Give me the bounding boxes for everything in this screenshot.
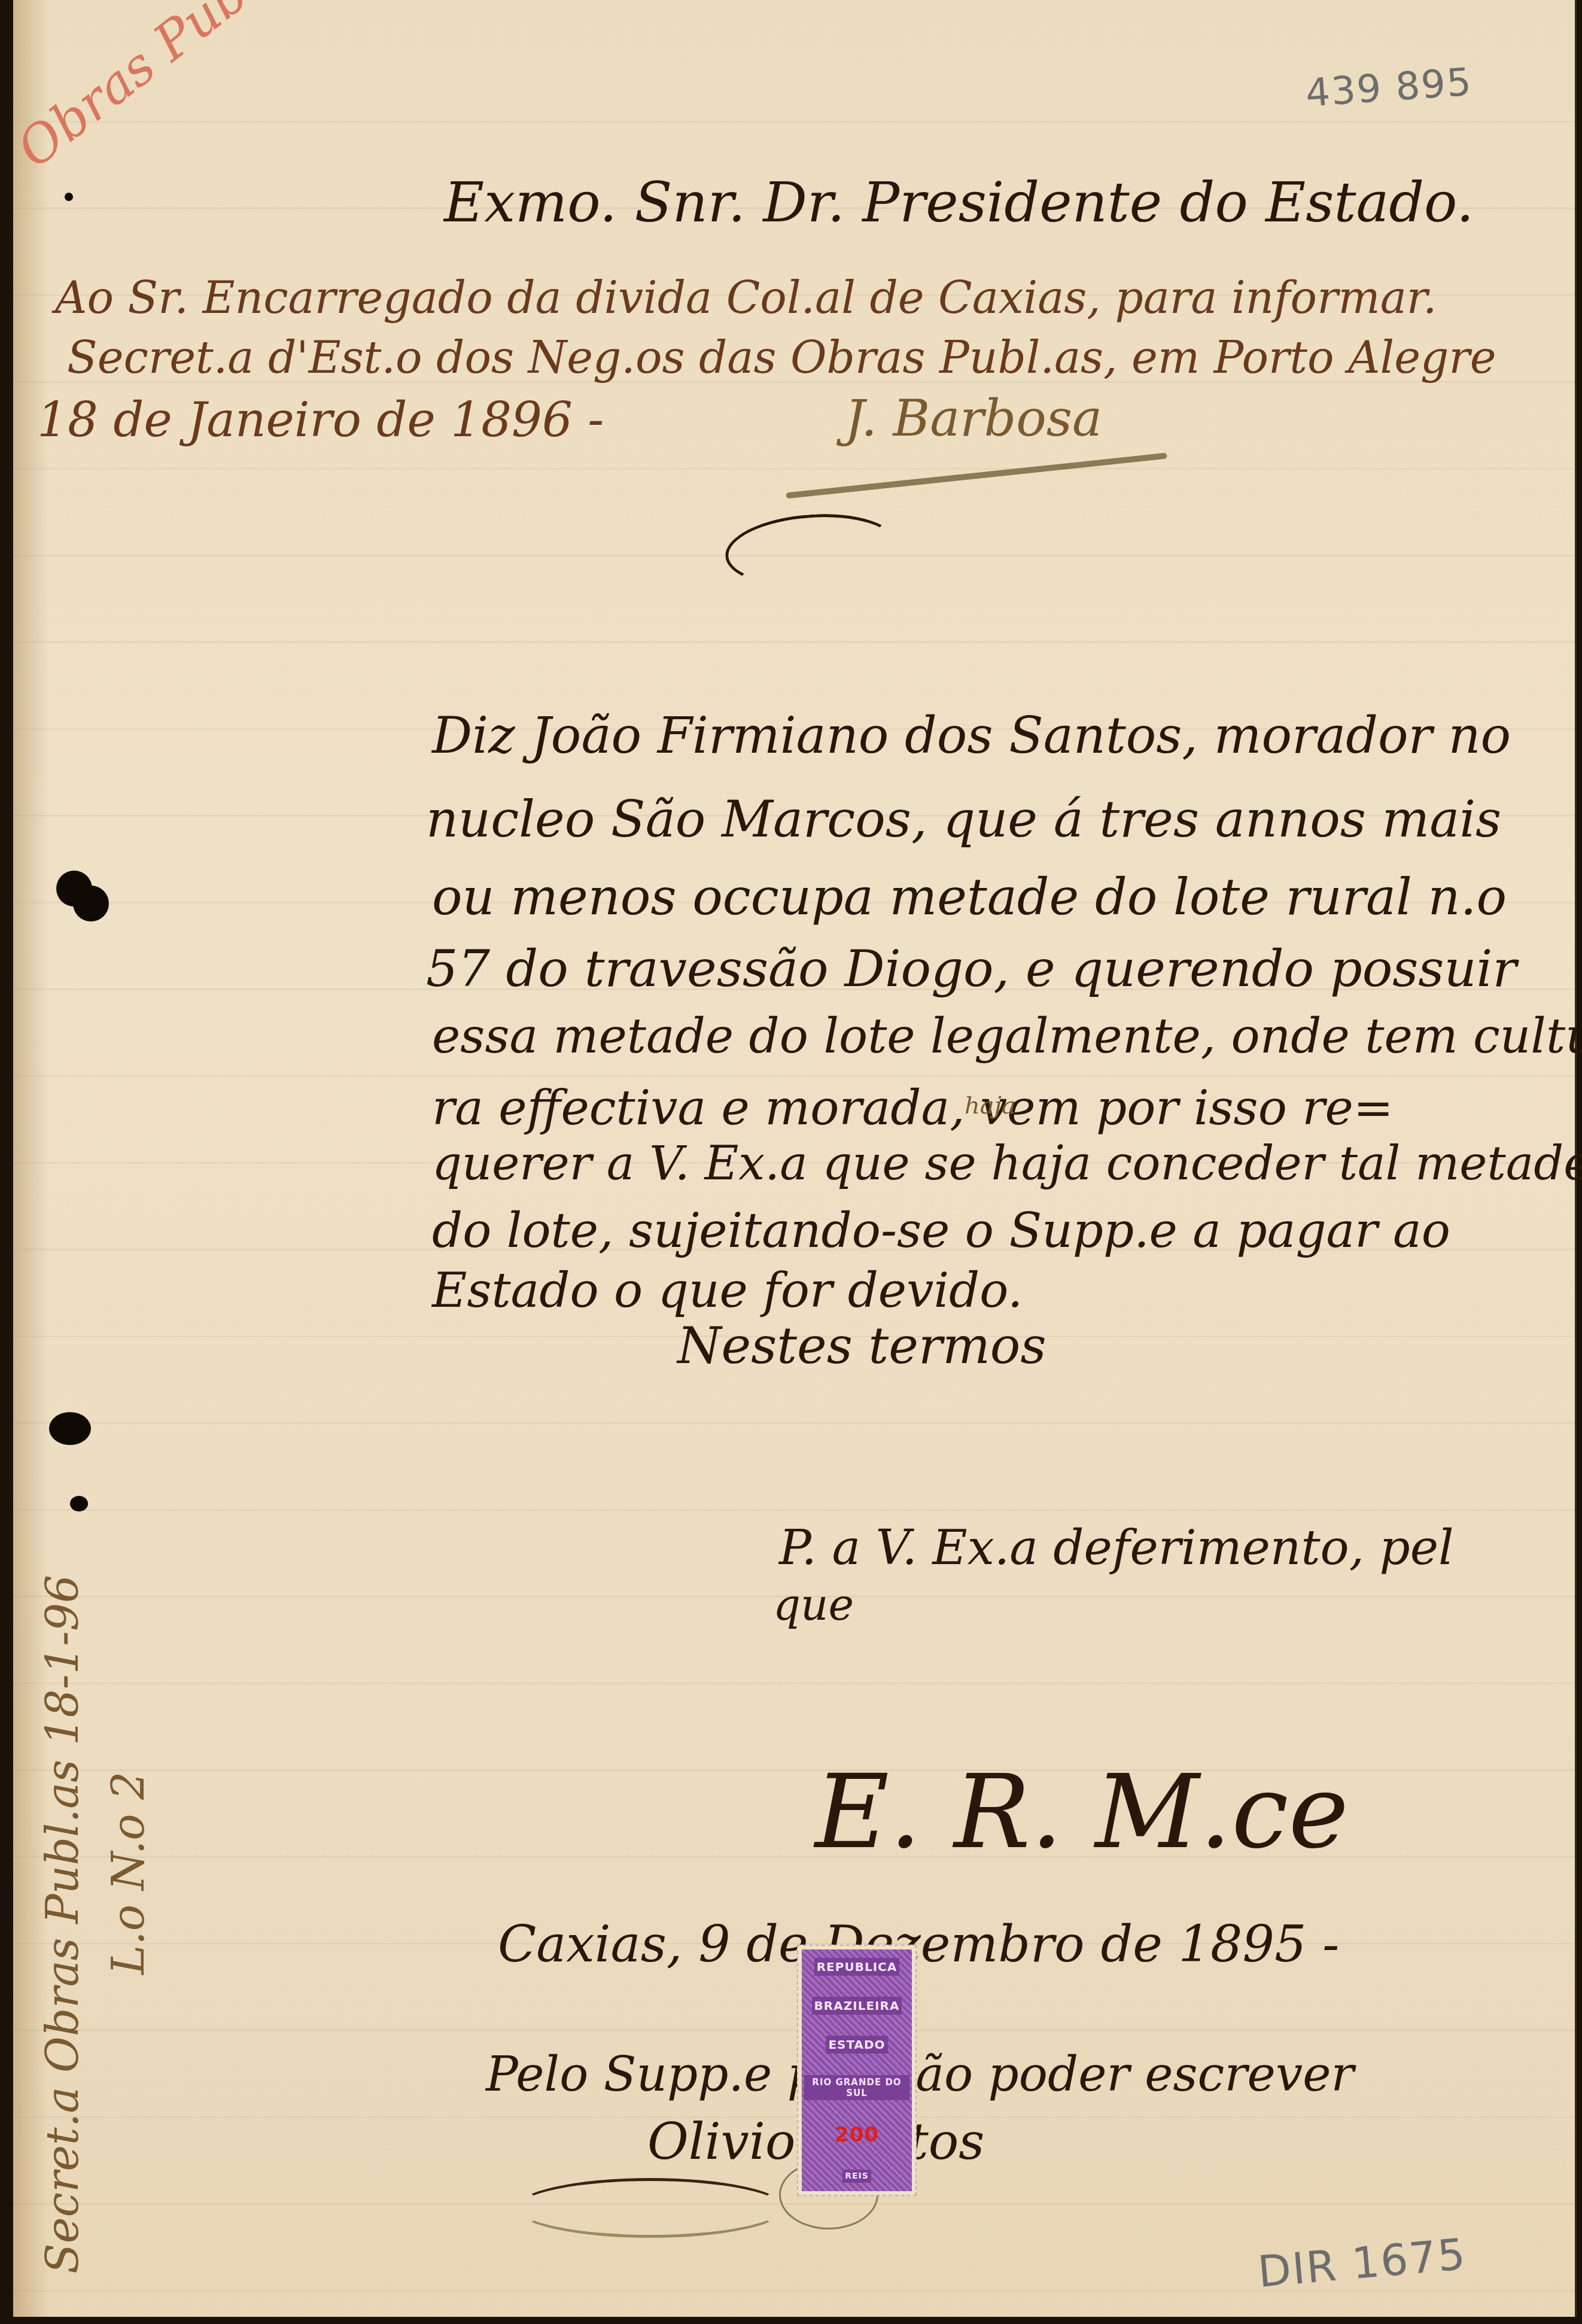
petition-line: nucleo São Marcos, que á tres annos mais (426, 790, 1501, 848)
stamp-unit: REIS (842, 2170, 871, 2183)
request-line-cont: que (773, 1580, 854, 1630)
stamp-value: 200 (832, 2121, 881, 2149)
stamp-state-label: ESTADO (826, 2036, 887, 2054)
request-line: P. a V. Ex.a deferimento, pel (779, 1520, 1454, 1575)
dispatch-line-2: Secret.a d'Est.o dos Neg.os das Obras Pu… (67, 332, 1496, 384)
signature-flourish (516, 2178, 785, 2238)
signed-for: Pelo Supp.e por não poder escrever (486, 2046, 1354, 2102)
binding-hole (73, 886, 109, 921)
pin-hole (65, 193, 73, 201)
revenue-stamp: REPUBLICA BRAZILEIRA ESTADO RIO GRANDE D… (797, 1945, 917, 2196)
document-page: 439 895 DIR 1675 Obras Publ.as Secret.a … (13, 0, 1577, 2317)
place-date: Caxias, 9 de Dezembro de 1895 - (498, 1915, 1339, 1973)
petition-line: do lote, sujeitando-se o Supp.e a pagar … (432, 1203, 1450, 1258)
stamp-region: RIO GRANDE DO SUL (804, 2075, 909, 2100)
formula-erm: E. R. M.ce (815, 1753, 1349, 1872)
binding-hole (70, 1496, 88, 1511)
binding-hole (49, 1412, 91, 1445)
petition-line: 57 do travessão Diogo, e querendo possui… (426, 939, 1517, 998)
interlinear-insert: haja (965, 1092, 1016, 1120)
petition-line: ou menos occupa metade do lote rural n.o (432, 868, 1507, 926)
closing-phrase: Nestes termos (677, 1316, 1046, 1375)
petition-line: Estado o que for devido. (432, 1263, 1023, 1318)
margin-note-vertical-1: Secret.a Obras Publ.as 18-1-96 (37, 1575, 89, 2274)
petition-line: ra effectiva e morada, vem por isso re= (432, 1080, 1394, 1136)
addressee-heading: Exmo. Snr. Dr. Presidente do Estado. (444, 171, 1474, 235)
dispatch-line-3: 18 de Janeiro de 1896 - (37, 392, 604, 448)
petition-line: querer a V. Ex.a que se haja conceder ta… (432, 1137, 1582, 1191)
margin-note-vertical-2: L.o N.o 2 (103, 1772, 154, 1975)
petition-line: essa metade do lote legalmente, onde tem… (432, 1008, 1582, 1064)
stamp-country: BRAZILEIRA (812, 1997, 902, 2015)
petition-line: Diz João Firmiano dos Santos, morador no (432, 706, 1511, 765)
dispatch-signature: J. Barbosa (845, 389, 1102, 448)
dispatch-line-1: Ao Sr. Encarregado da divida Col.al de C… (55, 272, 1437, 324)
stamp-top-text: REPUBLICA (814, 1958, 900, 1976)
